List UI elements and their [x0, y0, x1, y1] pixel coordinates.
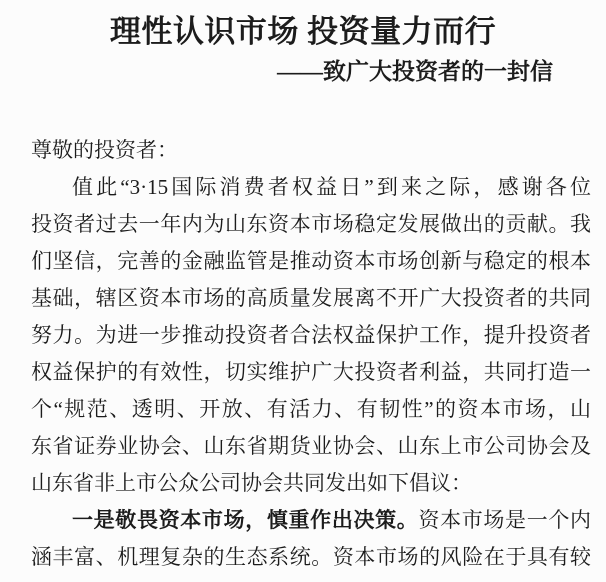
- letter-line-text: 个“规范、透明、开放、有活力、有韧性”的资本市场，山: [31, 397, 591, 421]
- letter-line: 努力。为进一步推动投资者合法权益保护工作，提升投资者: [31, 317, 591, 354]
- letter-line: 基础，辖区资本市场的高质量发展离不开广大投资者的共同: [31, 280, 591, 317]
- letter-page: 理性认识市场 投资量力而行 ——致广大投资者的一封信 尊敬的投资者：值此“3·1…: [0, 0, 606, 582]
- letter-line-text: 涵丰富、机理复杂的生态系统。资本市场的风险在于具有较: [31, 545, 591, 569]
- letter-line-text: 们坚信，完善的金融监管是推动资本市场创新与稳定的根本: [31, 249, 591, 273]
- letter-title: 理性认识市场 投资量力而行: [0, 13, 606, 51]
- letter-line-bold-text: 一是敬畏资本市场，慎重作出决策。: [72, 508, 418, 532]
- letter-line: 个“规范、透明、开放、有活力、有韧性”的资本市场，山: [31, 391, 591, 428]
- letter-line-text: 基础，辖区资本市场的高质量发展离不开广大投资者的共同: [31, 286, 591, 310]
- letter-line: 值此“3·15国际消费者权益日”到来之际，感谢各位: [31, 169, 591, 206]
- letter-line-text: 资本市场是一个内: [418, 508, 591, 532]
- letter-line: 山东省非上市公众公司协会共同发出如下倡议：: [31, 465, 591, 502]
- letter-body: 尊敬的投资者：值此“3·15国际消费者权益日”到来之际，感谢各位投资者过去一年内…: [31, 132, 591, 576]
- letter-line-text: 山东省非上市公众公司协会共同发出如下倡议：: [31, 471, 472, 495]
- letter-line-text: 权益保护的有效性，切实维护广大投资者利益，共同打造一: [31, 360, 591, 384]
- letter-line-text: 东省证券业协会、山东省期货业协会、山东上市公司协会及: [31, 434, 591, 458]
- letter-line-text: 努力。为进一步推动投资者合法权益保护工作，提升投资者: [31, 323, 591, 347]
- letter-line-text: 尊敬的投资者：: [31, 138, 178, 162]
- letter-line: 投资者过去一年内为山东资本市场稳定发展做出的贡献。我: [31, 206, 591, 243]
- letter-line: 们坚信，完善的金融监管是推动资本市场创新与稳定的根本: [31, 243, 591, 280]
- letter-subtitle: ——致广大投资者的一封信: [277, 56, 553, 88]
- letter-line-text: 投资者过去一年内为山东资本市场稳定发展做出的贡献。我: [31, 212, 591, 236]
- letter-line: 权益保护的有效性，切实维护广大投资者利益，共同打造一: [31, 354, 591, 391]
- letter-line-text: 值此“3·15国际消费者权益日”到来之际，感谢各位: [72, 175, 591, 199]
- letter-line: 东省证券业协会、山东省期货业协会、山东上市公司协会及: [31, 428, 591, 465]
- letter-line: 一是敬畏资本市场，慎重作出决策。资本市场是一个内: [31, 502, 591, 539]
- letter-line: 涵丰富、机理复杂的生态系统。资本市场的风险在于具有较: [31, 539, 591, 576]
- letter-line: 尊敬的投资者：: [31, 132, 591, 169]
